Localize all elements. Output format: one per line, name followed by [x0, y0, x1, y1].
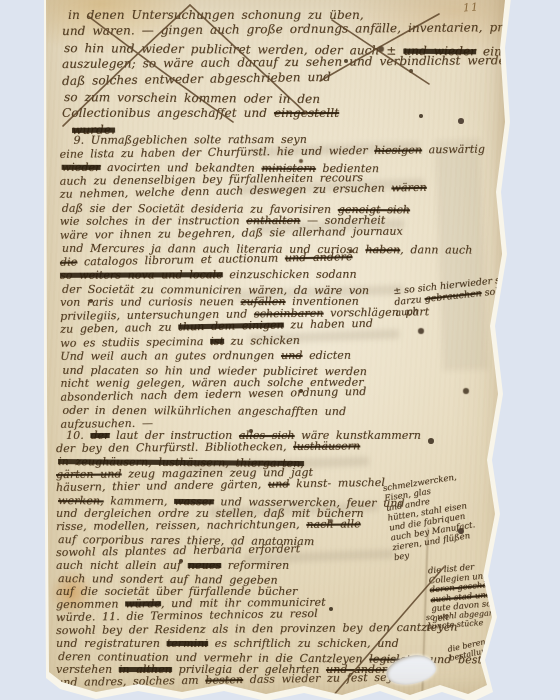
- text-segment: wie solches in der instruction: [60, 214, 246, 228]
- text-segment: auch nicht allein auf: [56, 559, 188, 572]
- text-segment: so zum vorschein kommen oder in den: [64, 90, 320, 106]
- text-segment: reformiren: [221, 559, 289, 572]
- text-segment: und waren. — gingen auch große ordnungs …: [62, 20, 548, 38]
- text-segment: einzuschicken sodann: [223, 268, 357, 281]
- text-segment: neues: [188, 559, 221, 572]
- text-segment: deren continuation und vermehr in die Ca…: [58, 650, 369, 665]
- manuscript-line: so weiters nova und locale einzuschicken…: [60, 267, 485, 282]
- text-segment: sowohl als plantes ad herbaria erfordert: [56, 542, 300, 559]
- text-segment: wasser: [174, 495, 214, 508]
- text-segment: hiesigen: [374, 143, 422, 157]
- text-segment: verstehen: [56, 663, 119, 676]
- text-segment: und registraturen: [56, 637, 167, 650]
- paragraph-crossed-out: in denen Untersuchungen schonung zu üben…: [62, 8, 560, 139]
- text-segment: geneigt sich: [338, 202, 410, 215]
- text-segment: der bey den Churfürstl. Bibliothecken,: [56, 440, 293, 455]
- text-segment: auch und sondert auf hand gegeben: [58, 572, 278, 587]
- scanned-manuscript-page: 11 in denen Untersuchungen schonung zu ü…: [0, 0, 560, 700]
- text-segment: und placaten so hin und wieder publicire…: [62, 363, 367, 377]
- text-segment: dass wieder zu fest seyn: [243, 671, 400, 686]
- text-segment: zu haben und: [284, 317, 373, 332]
- text-segment: der: [90, 429, 109, 442]
- text-segment: und: [268, 477, 290, 490]
- manuscript-line: daß sie der Societät desideria zu favori…: [62, 201, 488, 216]
- text-segment: edicten: [302, 349, 351, 362]
- text-segment: zu geben, auch zu: [60, 320, 178, 335]
- text-segment: und darzu sich selbst gern: [58, 689, 221, 700]
- paragraph-9: 9. Unmaßgeblichen solte rathsam seyneine…: [59, 132, 485, 430]
- manuscript-line: und placaten so hin und wieder publicire…: [62, 363, 488, 378]
- manuscript-line: und waren. — gingen auch große ordnungs …: [62, 20, 560, 41]
- text-segment: es schriftlich zu schicken, und: [208, 637, 399, 650]
- text-segment: und andere: [285, 250, 353, 264]
- text-segment: Und weil auch an gutes ordnungen: [60, 349, 281, 363]
- text-segment: sowohl bey der Residenz als in den provi…: [56, 620, 458, 637]
- text-segment: wo es studiis specimina: [60, 334, 210, 349]
- text-segment: und: [281, 349, 303, 362]
- text-segment: und andres, solches am: [56, 674, 205, 689]
- text-segment: von raris und curiosis neuen: [60, 295, 241, 309]
- margin-note-schmelzwercken: schmelzwercken,Eisen, glasund andrehütte…: [382, 471, 479, 563]
- text-segment: auswärtig: [422, 142, 485, 156]
- text-segment: solte: [481, 285, 508, 299]
- text-segment: termini: [167, 637, 208, 650]
- text-segment: besten: [205, 673, 243, 687]
- text-segment: häusern, thier und andere gärten,: [56, 478, 268, 494]
- manuscript-line: und darzu sich selbst gern: [58, 689, 518, 700]
- text-segment: daß sie der Societät desideria zu favori…: [62, 201, 338, 215]
- text-segment: so weiters nova und locale: [60, 268, 223, 282]
- text-segment: 10.: [66, 429, 90, 442]
- text-segment: kunst- muschel: [289, 476, 385, 490]
- manuscript-line: der bey den Churfürstl. Bibliothecken, l…: [56, 438, 516, 455]
- text-segment: werken,: [58, 494, 104, 507]
- manuscript-line: Und weil auch an gutes ordnungen und edi…: [60, 348, 485, 363]
- text-segment: kammern,: [104, 494, 175, 508]
- text-segment: lusthäusern: [293, 439, 360, 453]
- text-segment: die: [60, 255, 78, 268]
- text-segment: würde: [125, 597, 161, 610]
- text-segment: der Societät zu communiciren wären, da w…: [62, 282, 369, 296]
- paper-torn-edge: 11 in denen Untersuchungen schonung zu ü…: [44, 0, 512, 700]
- text-segment: risse, modellen, reissen, nachrichtungen…: [56, 518, 306, 533]
- manuscript-paper: 11 in denen Untersuchungen schonung zu ü…: [44, 0, 512, 700]
- text-segment: thun dem einigen: [178, 318, 284, 333]
- text-segment: in denen Untersuchungen schonung zu üben…: [68, 8, 364, 22]
- text-segment: gärten und: [56, 467, 122, 481]
- text-segment: nach alle: [306, 517, 361, 530]
- text-segment: genommen: [56, 597, 125, 611]
- text-segment: zu schicken: [224, 333, 300, 347]
- text-segment: Collectionibus angeschaffet und: [62, 106, 274, 120]
- text-segment: und wasserwercken, feuer und: [214, 495, 405, 509]
- text-segment: wieder: [62, 161, 101, 174]
- text-segment: ist: [210, 334, 224, 347]
- text-segment: wären: [391, 181, 427, 195]
